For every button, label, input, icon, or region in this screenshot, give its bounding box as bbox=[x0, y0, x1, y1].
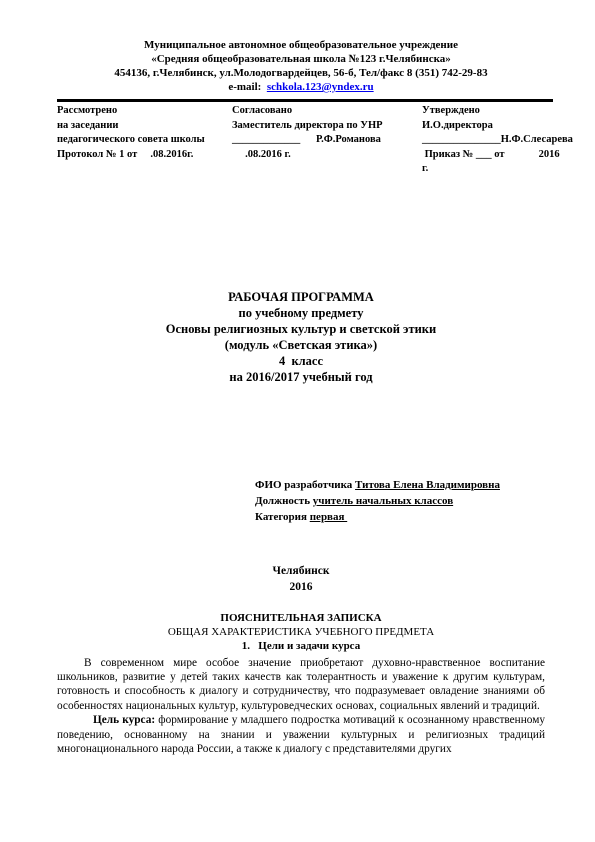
developer-position-value: учитель начальных классов bbox=[313, 495, 453, 507]
email-line: e-mail: schkola.123@yndex.ru bbox=[57, 80, 545, 94]
year-label: 2016 bbox=[57, 579, 545, 595]
approval-block: Рассмотрено на заседании педагогического… bbox=[57, 104, 590, 177]
heading-subject-characteristic: ОБЩАЯ ХАРАКТЕРИСТИКА УЧЕБНОГО ПРЕДМЕТА bbox=[57, 625, 545, 639]
city-label: Челябинск bbox=[57, 563, 545, 579]
approval-approved-block: Утверждено И.О.директора _______________… bbox=[422, 104, 590, 177]
heading-explanatory-note: ПОЯСНИТЕЛЬНАЯ ЗАПИСКА bbox=[57, 611, 545, 625]
approval-agreed-block: Согласовано Заместитель директора по УНР… bbox=[232, 104, 422, 177]
approval-reviewed-block: Рассмотрено на заседании педагогического… bbox=[57, 104, 232, 177]
developer-position-label: Должность bbox=[255, 495, 313, 507]
developer-name-value: Титова Елена Владимировна bbox=[355, 479, 500, 491]
developer-block: ФИО разработчика Титова Елена Владимиров… bbox=[255, 477, 545, 525]
org-header: Муниципальное автономное общеобразовател… bbox=[57, 38, 545, 94]
title-line-module: (модуль «Светская этика») bbox=[57, 337, 545, 353]
course-goal-lead: Цель курса: bbox=[93, 714, 155, 726]
developer-position-line: Должность учитель начальных классов bbox=[255, 493, 545, 509]
city-year-block: Челябинск 2016 bbox=[57, 563, 545, 595]
title-line-grade: 4 класс bbox=[57, 353, 545, 369]
developer-name-label: ФИО разработчика bbox=[255, 479, 355, 491]
paragraph-course-goal: Цель курса: формирование у младшего подр… bbox=[57, 713, 545, 756]
org-address-line: 454136, г.Челябинск, ул.Молодогвардейцев… bbox=[57, 66, 545, 80]
email-link[interactable]: schkola.123@yndex.ru bbox=[267, 81, 374, 93]
title-line-subject-label: по учебному предмету bbox=[57, 305, 545, 321]
document-page: Муниципальное автономное общеобразовател… bbox=[0, 0, 595, 842]
title-block: РАБОЧАЯ ПРОГРАММА по учебному предмету О… bbox=[57, 289, 545, 385]
title-line-year: на 2016/2017 учебный год bbox=[57, 369, 545, 385]
heading-goals-tasks: 1. Цели и задачи курса bbox=[57, 639, 545, 653]
org-name-line2: «Средняя общеобразовательная школа №123 … bbox=[57, 52, 545, 66]
developer-name-line: ФИО разработчика Титова Елена Владимиров… bbox=[255, 477, 545, 493]
developer-category-line: Категория первая bbox=[255, 509, 545, 525]
developer-category-value: первая bbox=[310, 511, 347, 523]
title-line-subject-name: Основы религиозных культур и светской эт… bbox=[57, 321, 545, 337]
section-headings: ПОЯСНИТЕЛЬНАЯ ЗАПИСКА ОБЩАЯ ХАРАКТЕРИСТИ… bbox=[57, 611, 545, 653]
header-divider bbox=[57, 99, 553, 102]
developer-category-label: Категория bbox=[255, 511, 310, 523]
email-label: e-mail: bbox=[228, 81, 266, 93]
title-line-main: РАБОЧАЯ ПРОГРАММА bbox=[57, 289, 545, 305]
body-text: В современном мире особое значение приоб… bbox=[57, 656, 545, 757]
org-name-line1: Муниципальное автономное общеобразовател… bbox=[57, 38, 545, 52]
paragraph-intro: В современном мире особое значение приоб… bbox=[57, 656, 545, 714]
